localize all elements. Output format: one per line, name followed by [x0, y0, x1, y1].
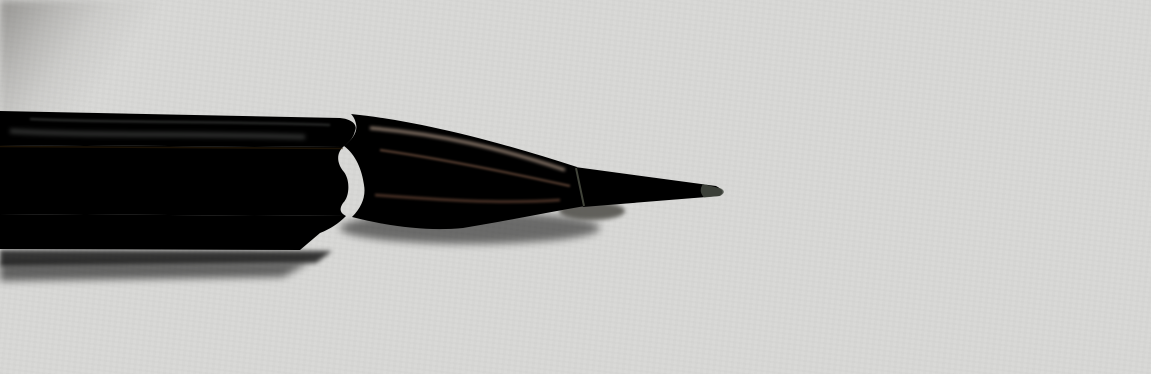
pencil-orange-facet: [0, 145, 348, 216]
pencil-body-shadow-soft: [0, 262, 310, 281]
pencil: [0, 0, 1151, 374]
photo-scene: [0, 0, 1151, 374]
pencil-graphite-tip: [574, 167, 722, 207]
pencil-upper-facet: [0, 111, 356, 147]
pencil-lower-facet: [0, 214, 346, 250]
pencil-wood-cone: [344, 114, 585, 229]
